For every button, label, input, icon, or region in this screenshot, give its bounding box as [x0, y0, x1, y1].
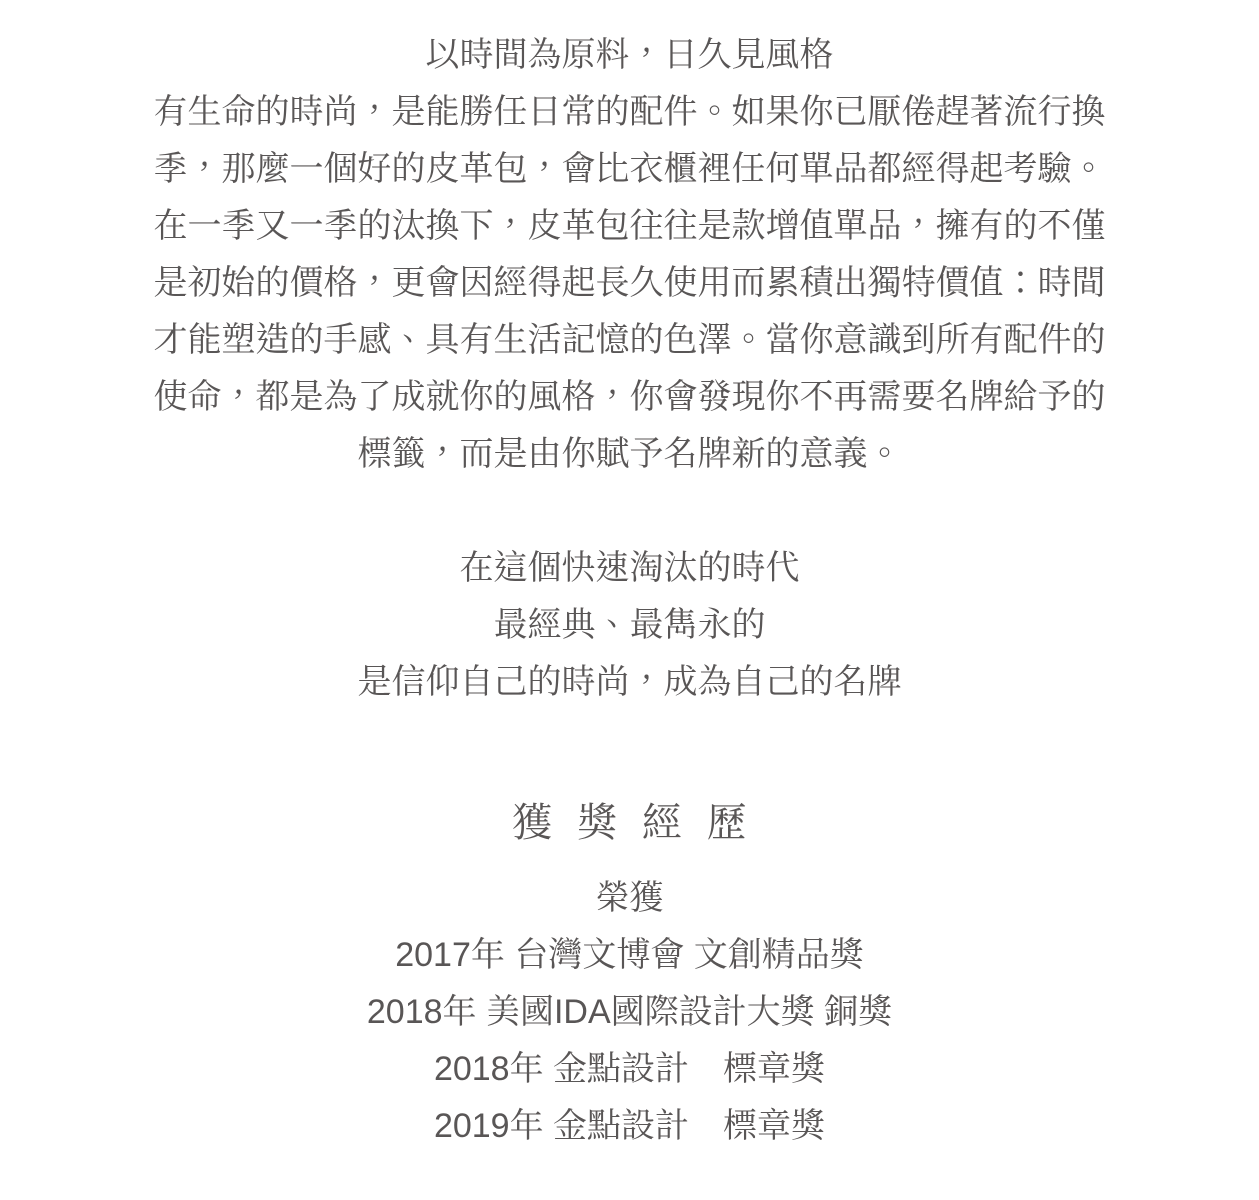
tagline-line: 在這個快速淘汰的時代 [0, 540, 1259, 597]
story-paragraph-line: 才能塑造的手感、具有生活記憶的色澤。當你意識到所有配件的 [0, 312, 1259, 369]
tagline-line: 是信仰自己的時尚，成為自己的名牌 [0, 654, 1259, 711]
brand-story-section: 以時間為原料，日久見風格 有生命的時尚，是能勝任日常的配件。如果你已厭倦趕著流行… [0, 0, 1259, 1155]
award-item: 2018年 美國IDA國際設計大獎 銅獎 [0, 984, 1259, 1041]
award-item: 2018年 金點設計 標章獎 [0, 1041, 1259, 1098]
awards-list: 榮獲 2017年 台灣文博會 文創精品獎 2018年 美國IDA國際設計大獎 銅… [0, 870, 1259, 1155]
story-paragraph-line: 季，那麼一個好的皮革包，會比衣櫃裡任何單品都經得起考驗。 [0, 141, 1259, 198]
award-item: 2019年 金點設計 標章獎 [0, 1098, 1259, 1155]
tagline-block: 在這個快速淘汰的時代 最經典、最雋永的 是信仰自己的時尚，成為自己的名牌 [0, 540, 1259, 711]
award-item: 2017年 台灣文博會 文創精品獎 [0, 927, 1259, 984]
story-paragraph-line: 在一季又一季的汰換下，皮革包往往是款增值單品，擁有的不僅 [0, 198, 1259, 255]
awards-intro: 榮獲 [0, 870, 1259, 927]
story-title: 以時間為原料，日久見風格 [0, 27, 1259, 84]
story-paragraph-line: 使命，都是為了成就你的風格，你會發現你不再需要名牌給予的 [0, 369, 1259, 426]
story-paragraph: 有生命的時尚，是能勝任日常的配件。如果你已厭倦趕著流行換 季，那麼一個好的皮革包… [0, 84, 1259, 483]
story-paragraph-line: 標籤，而是由你賦予名牌新的意義。 [0, 426, 1259, 483]
story-paragraph-line: 有生命的時尚，是能勝任日常的配件。如果你已厭倦趕著流行換 [0, 84, 1259, 141]
story-paragraph-line: 是初始的價格，更會因經得起長久使用而累積出獨特價值：時間 [0, 255, 1259, 312]
awards-heading: 獲獎經歷 [0, 795, 1259, 852]
tagline-line: 最經典、最雋永的 [0, 597, 1259, 654]
